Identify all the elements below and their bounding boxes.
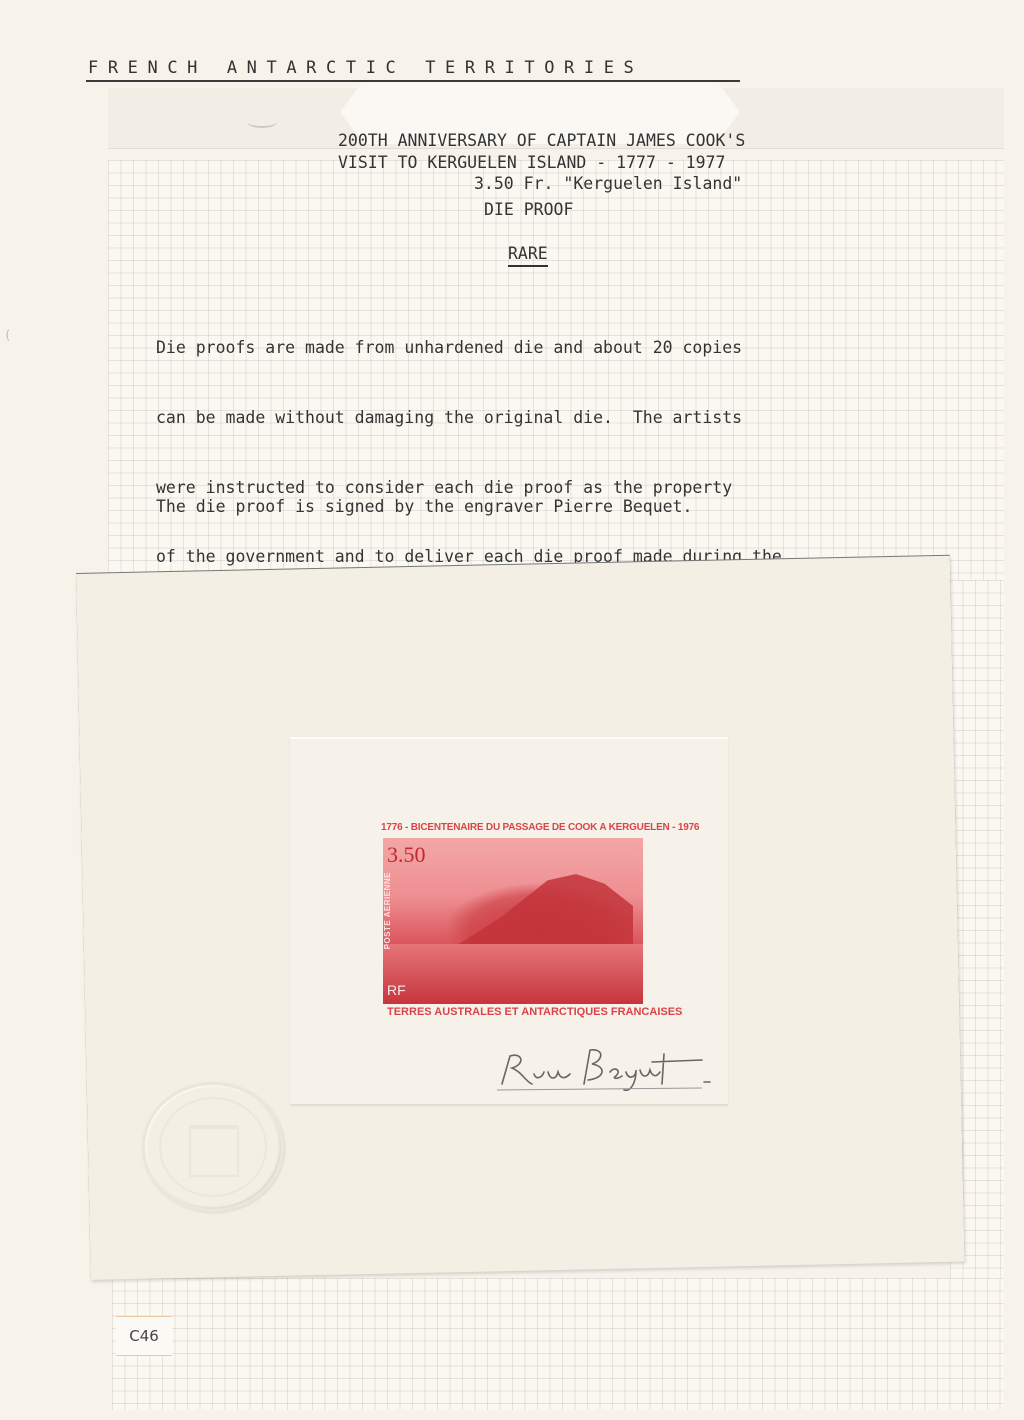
page-title: FRENCH ANTARCTIC TERRITORIES	[88, 58, 643, 78]
mountain-icon	[443, 874, 633, 954]
signed-note: The die proof is signed by the engraver …	[156, 497, 692, 516]
album-grid-lower	[112, 1278, 1004, 1410]
heading-line-2: VISIT TO KERGUELEN ISLAND - 1777 - 1977	[338, 153, 725, 172]
description-line: can be made without damaging the origina…	[156, 406, 916, 429]
stamp-proof: 1776 - BICENTENAIRE DU PASSAGE DE COOK A…	[377, 822, 647, 1022]
rarity-label: RARE	[508, 245, 548, 267]
printing-press-icon	[189, 1125, 239, 1177]
margin-mark: (	[4, 328, 11, 342]
heading-stamp-value: 3.50 Fr. "Kerguelen Island"	[474, 174, 742, 193]
album-page-number: C46	[129, 1327, 159, 1345]
embossed-seal-icon	[142, 1082, 284, 1212]
title-underline	[86, 80, 740, 82]
stamp-bottom-inscription: TERRES AUSTRALES ET ANTARCTIQUES FRANCAI…	[387, 1006, 682, 1018]
heading-line-1: 200TH ANNIVERSARY OF CAPTAIN JAMES COOK'…	[338, 131, 745, 150]
description-line: Die proofs are made from unhardened die …	[156, 336, 916, 359]
shore-scene	[383, 944, 643, 1004]
stamp-rf: RF	[387, 982, 406, 998]
engraver-signature: Pierre Béquet	[492, 1044, 712, 1094]
description-line: were instructed to consider each die pro…	[156, 476, 916, 499]
heading-die-proof: DIE PROOF	[484, 200, 573, 219]
hinge-mark	[247, 116, 277, 128]
stamp-top-inscription: 1776 - BICENTENAIRE DU PASSAGE DE COOK A…	[381, 822, 699, 833]
stamp-value: 3.50	[387, 842, 426, 868]
stamp-side-inscription: POSTE AERIENNE	[383, 872, 392, 949]
album-page-label: C46	[116, 1316, 172, 1356]
